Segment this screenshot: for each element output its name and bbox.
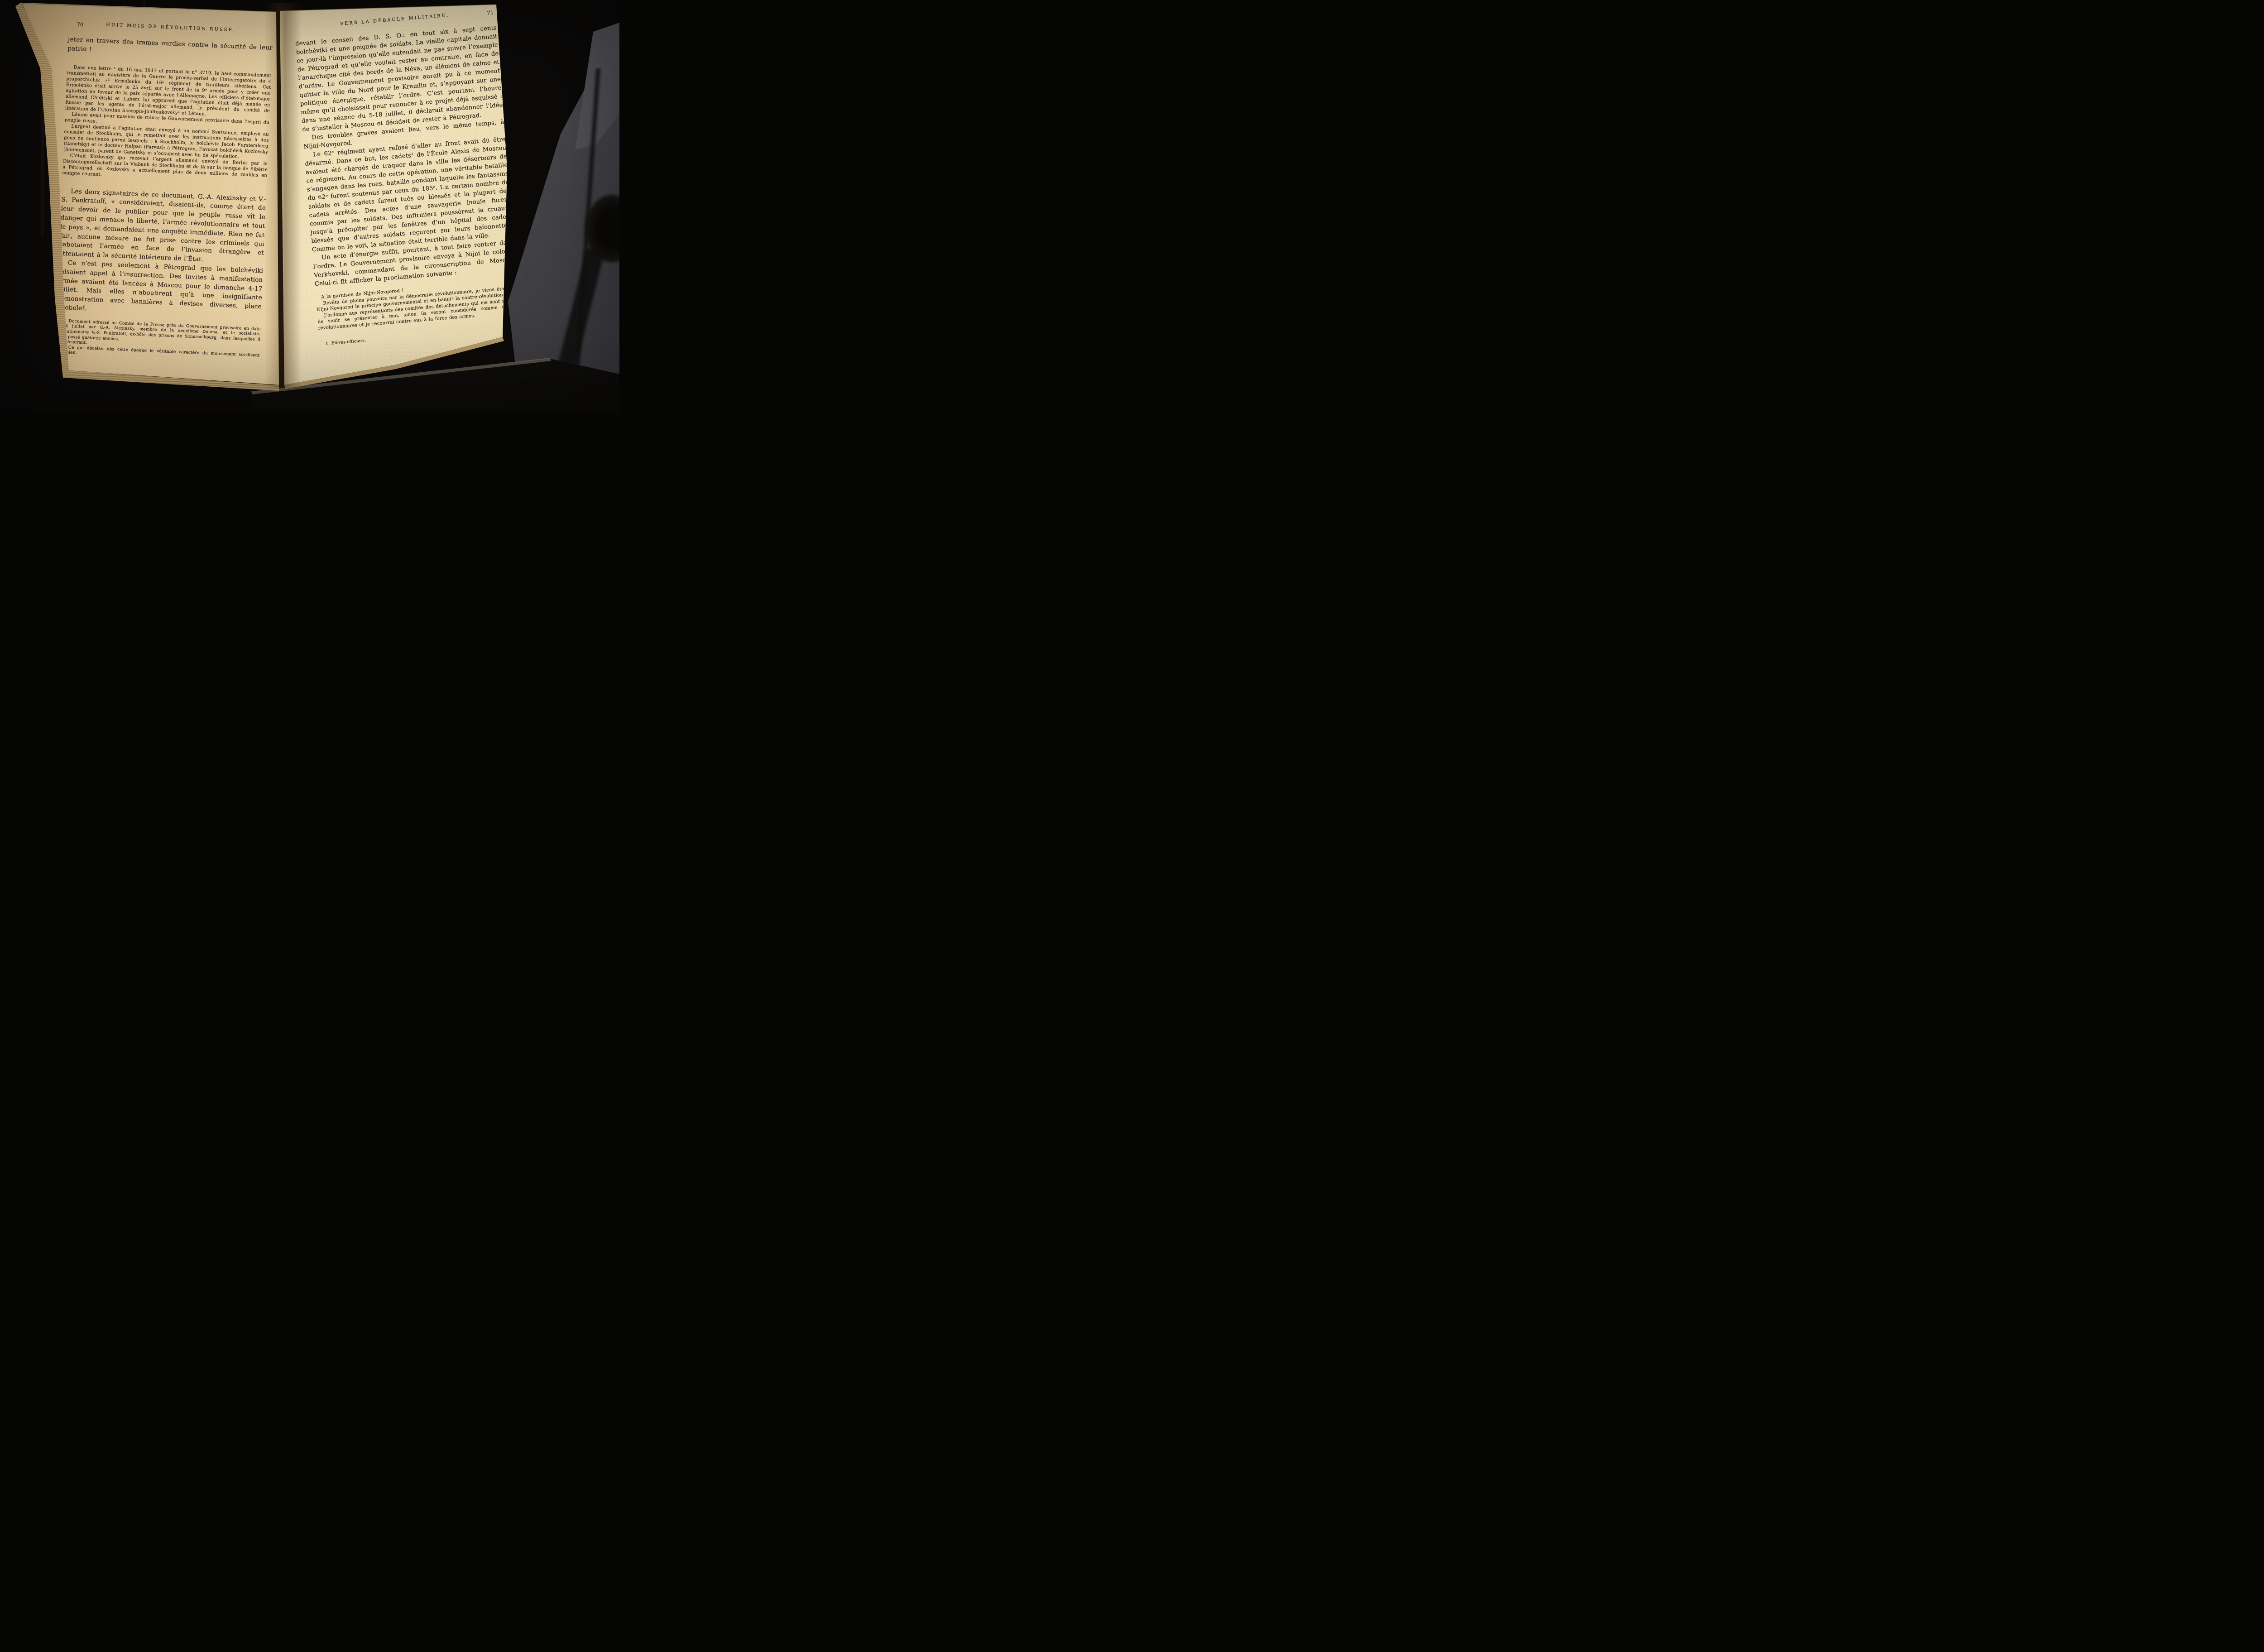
right-page-number: 71 bbox=[487, 10, 494, 16]
paragraph: devant le conseil des D. S. O.: en tout … bbox=[295, 24, 504, 134]
paragraph: Les deux signataires de ce document, G.-… bbox=[59, 187, 266, 267]
left-page-number: 70 bbox=[77, 21, 83, 28]
paragraph: Ce n’est pas seulement à Pétrograd que l… bbox=[57, 259, 264, 321]
paragraph: jeter en travers des trames ourdies cont… bbox=[67, 35, 273, 62]
paragraph: Dans une lettre ¹ du 16 mai 1917 et port… bbox=[65, 64, 272, 120]
left-running-title: HUIT MOIS DE RÉVOLUTION RUSSE. bbox=[69, 21, 273, 34]
photo-open-book: 70 HUIT MOIS DE RÉVOLUTION RUSSE. jeter … bbox=[0, 0, 619, 413]
footnote-block: 1. Document adressé au Comité de la Pres… bbox=[55, 318, 261, 364]
proclamation: A la garnison de Nijni-Novgorod ! Revêtu… bbox=[316, 279, 520, 331]
left-page-text-column: 70 HUIT MOIS DE RÉVOLUTION RUSSE. jeter … bbox=[55, 21, 273, 364]
paragraph: Le 62ᵉ régiment ayant refusé d’aller au … bbox=[304, 135, 513, 254]
right-page-text-column: VERS LA DÉBACLE MILITAIRE. 71 devant le … bbox=[294, 9, 521, 347]
